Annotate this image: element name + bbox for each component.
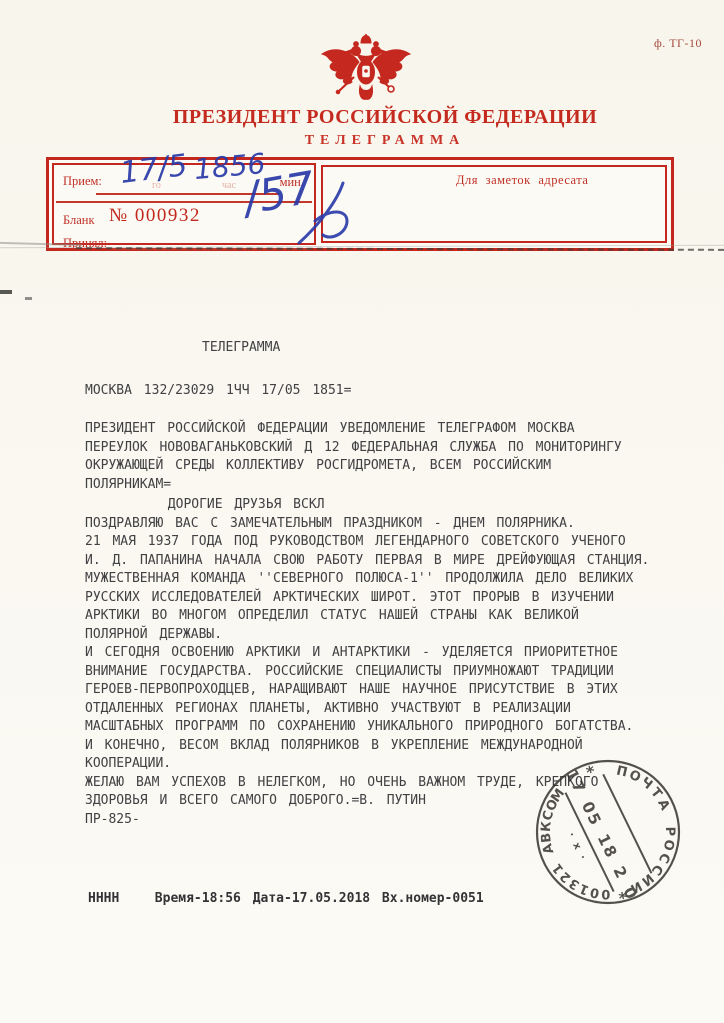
notes-label: Для заметок адресата xyxy=(456,173,588,188)
body-line: РУССКИХ ИССЛЕДОВАТЕЛЕЙ АРКТИЧЕСКИХ ШИРОТ… xyxy=(85,589,649,608)
body-line: 21 МАЯ 1937 ГОДА ПОД РУКОВОДСТВОМ ЛЕГЕНД… xyxy=(85,533,649,552)
svg-text:В: В xyxy=(539,832,555,843)
telegram-origin-line: МОСКВА 132/23029 1ЧЧ 17/05 1851= xyxy=(85,383,351,398)
telegram-heading: ТЕЛЕГРАММА xyxy=(202,340,280,355)
svg-text:О: О xyxy=(660,838,677,852)
scan-artifact-speck xyxy=(0,290,12,294)
body-line: ПОЗДРАВЛЯЮ ВАС С ЗАМЕЧАТЕЛЬНЫМ ПРАЗДНИКО… xyxy=(85,515,649,534)
body-line: ДОРОГИЕ ДРУЗЬЯ ВСКЛ xyxy=(85,496,649,515)
telegram-address-block: ПРЕЗИДЕНТ РОССИЙСКОЙ ФЕДЕРАЦИИ УВЕДОМЛЕН… xyxy=(85,420,622,494)
service-footer-line: НННН Время-18:56 Дата-17.05.2018 Вх.номе… xyxy=(88,891,484,906)
body-line: И КОНЕЧНО, ВЕСОМ ВКЛАД ПОЛЯРНИКОВ В УКРЕ… xyxy=(85,737,649,756)
blank-number: № 000932 xyxy=(109,205,201,227)
address-line: ПРЕЗИДЕНТ РОССИЙСКОЙ ФЕДЕРАЦИИ УВЕДОМЛЕН… xyxy=(85,420,622,439)
blank-label: Бланк xyxy=(63,213,95,228)
form-code: ф. ТГ-10 xyxy=(654,36,702,51)
body-line: МАСШТАБНЫХ ПРОГРАММ ПО СОХРАНЕНИЮ УНИКАЛ… xyxy=(85,718,649,737)
svg-text:П: П xyxy=(615,764,629,781)
svg-text:А: А xyxy=(654,797,672,813)
address-line: ПОЛЯРНИКАМ= xyxy=(85,476,622,495)
svg-text:Р: Р xyxy=(662,826,677,836)
body-line: МУЖЕСТВЕННАЯ КОМАНДА ''СЕВЕРНОГО ПОЛЮСА-… xyxy=(85,570,649,589)
priyem-label: Прием: xyxy=(63,174,102,189)
body-line: И СЕГОДНЯ ОСВОЕНИЮ АРКТИКИ И АНТАРКТИКИ … xyxy=(85,644,649,663)
telegram-scan-page: ф. ТГ-10 ПРЕЗИДЕНТ РОССИЙСКОЙ ФЕДЕРАЦИИ … xyxy=(0,0,724,1023)
coat-of-arms-icon xyxy=(316,34,416,110)
body-line: ПОЛЯРНОЙ ДЕРЖАВЫ. xyxy=(85,626,649,645)
letterhead-title: ПРЕЗИДЕНТ РОССИЙСКОЙ ФЕДЕРАЦИИ xyxy=(55,106,715,129)
letterhead-subtitle: ТЕЛЕГРАММА xyxy=(55,133,715,149)
scan-artifact-speck xyxy=(25,297,32,300)
body-line: ГЕРОЕВ-ПЕРВОПРОХОДЦЕВ, НАРАЩИВАЮТ НАШЕ Н… xyxy=(85,681,649,700)
stamp-side-marks: · х · xyxy=(565,831,588,864)
body-line: ВНИМАНИЕ ГОСУДАРСТВА. РОССИЙСКИЕ СПЕЦИАЛ… xyxy=(85,663,649,682)
body-line: ОТДАЛЕННЫХ РЕГИОНАХ ПЛАНЕТЫ, АКТИВНО УЧА… xyxy=(85,700,649,719)
svg-text:0: 0 xyxy=(601,886,611,901)
body-line: АРКТИКИ ВО МНОГОМ ОПРЕДЕЛИЛ СТАТУС НАШЕЙ… xyxy=(85,607,649,626)
handwritten-flourish xyxy=(285,175,375,255)
postmark-stamp: ПОЧТА РОССИИМОСКВА 123100** 17 05 18 2 0… xyxy=(532,756,684,908)
svg-text:*: * xyxy=(584,761,598,782)
svg-text:К: К xyxy=(539,820,555,832)
address-line: ОКРУЖАЮЩЕЙ СРЕДЫ КОЛЛЕКТИВУ РОСГИДРОМЕТА… xyxy=(85,457,622,476)
address-line: ПЕРЕУЛОК НОВОВАГАНЬКОВСКИЙ Д 12 ФЕДЕРАЛЬ… xyxy=(85,439,622,458)
body-line: И. Д. ПАПАНИНА НАЧАЛА СВОЮ РАБОТУ ПЕРВАЯ… xyxy=(85,552,649,571)
